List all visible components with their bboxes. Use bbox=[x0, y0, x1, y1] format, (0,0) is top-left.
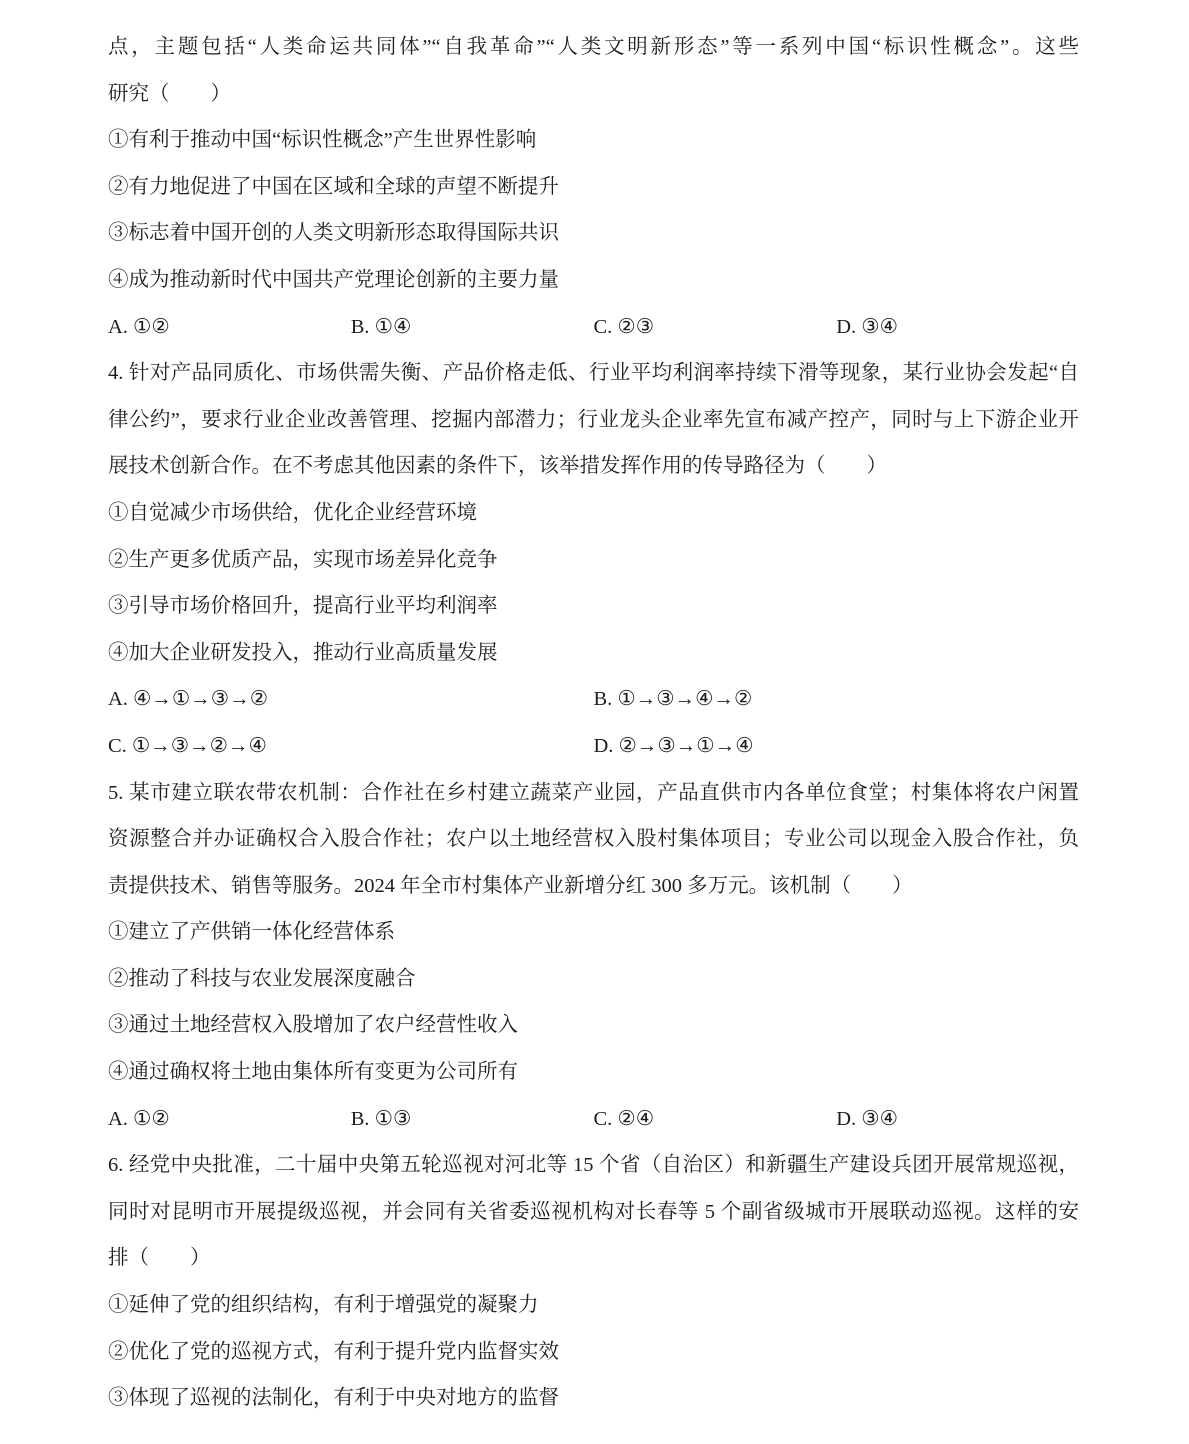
q4-option-2: ②生产更多优质产品，实现市场差异化竞争 bbox=[108, 537, 1079, 584]
q4-option-3: ③引导市场价格回升，提高行业平均利润率 bbox=[108, 583, 1079, 630]
q3-answer-c: C. ②③ bbox=[594, 304, 837, 351]
q4-answer-a: A. ④→①→③→② bbox=[108, 676, 594, 723]
q5-answer-a: A. ①② bbox=[108, 1096, 351, 1143]
q5-stem-line-3: 责提供技术、销售等服务。2024 年全市村集体产业新增分红 300 多万元。该机… bbox=[108, 863, 1079, 910]
exam-page: 点，主题包括“人类命运共同体”“自我革命”“人类文明新形态”等一系列中国“标识性… bbox=[0, 0, 1189, 1444]
q5-stem-line-1: 5. 某市建立联农带农机制：合作社在乡村建立蔬菜产业园，产品直供市内各单位食堂；… bbox=[108, 770, 1079, 817]
q4-option-1: ①自觉减少市场供给，优化企业经营环境 bbox=[108, 490, 1079, 537]
q5-stem-line-2: 资源整合并办证确权合入股合作社；农户以土地经营权入股村集体项目；专业公司以现金入… bbox=[108, 816, 1079, 863]
q6-stem-line-3: 排（ ） bbox=[108, 1235, 1079, 1282]
q4-answer-d: D. ②→③→①→④ bbox=[594, 723, 1080, 770]
q4-answer-b: B. ①→③→④→② bbox=[594, 676, 1080, 723]
q5-answer-row: A. ①② B. ①③ C. ②④ D. ③④ bbox=[108, 1096, 1079, 1143]
q6-stem-line-2: 同时对昆明市开展提级巡视，并会同有关省委巡视机构对长春等 5 个副省级城市开展联… bbox=[108, 1189, 1079, 1236]
q4-answer-c: C. ①→③→②→④ bbox=[108, 723, 594, 770]
q6-stem-line-1: 6. 经党中央批准，二十届中央第五轮巡视对河北等 15 个省（自治区）和新疆生产… bbox=[108, 1142, 1079, 1189]
q4-answer-row-1: A. ④→①→③→② B. ①→③→④→② bbox=[108, 676, 1079, 723]
q4-stem-line-2: 律公约”，要求行业企业改善管理、挖掘内部潜力；行业龙头企业率先宣布减产控产，同时… bbox=[108, 397, 1079, 444]
q3-answer-b: B. ①④ bbox=[351, 304, 594, 351]
q5-option-2: ②推动了科技与农业发展深度融合 bbox=[108, 956, 1079, 1003]
q6-option-3: ③体现了巡视的法制化，有利于中央对地方的监督 bbox=[108, 1375, 1079, 1422]
q3-option-2: ②有力地促进了中国在区域和全球的声望不断提升 bbox=[108, 164, 1079, 211]
q3-answer-a: A. ①② bbox=[108, 304, 351, 351]
q5-option-1: ①建立了产供销一体化经营体系 bbox=[108, 909, 1079, 956]
q3-answer-d: D. ③④ bbox=[836, 304, 1079, 351]
q5-option-3: ③通过土地经营权入股增加了农户经营性收入 bbox=[108, 1002, 1079, 1049]
q4-answer-row-2: C. ①→③→②→④ D. ②→③→①→④ bbox=[108, 723, 1079, 770]
q4-option-4: ④加大企业研发投入，推动行业高质量发展 bbox=[108, 630, 1079, 677]
q3-stem-line-1: 点，主题包括“人类命运共同体”“自我革命”“人类文明新形态”等一系列中国“标识性… bbox=[108, 24, 1079, 71]
q3-option-4: ④成为推动新时代中国共产党理论创新的主要力量 bbox=[108, 257, 1079, 304]
q4-stem-line-3: 展技术创新合作。在不考虑其他因素的条件下，该举措发挥作用的传导路径为（ ） bbox=[108, 443, 1079, 490]
q3-stem-line-2: 研究（ ） bbox=[108, 71, 1079, 118]
q5-option-4: ④通过确权将土地由集体所有变更为公司所有 bbox=[108, 1049, 1079, 1096]
q3-option-1: ①有利于推动中国“标识性概念”产生世界性影响 bbox=[108, 117, 1079, 164]
q6-option-1: ①延伸了党的组织结构，有利于增强党的凝聚力 bbox=[108, 1282, 1079, 1329]
q5-answer-c: C. ②④ bbox=[594, 1096, 837, 1143]
q5-answer-d: D. ③④ bbox=[836, 1096, 1079, 1143]
q3-answer-row: A. ①② B. ①④ C. ②③ D. ③④ bbox=[108, 304, 1079, 351]
q6-option-2: ②优化了党的巡视方式，有利于提升党内监督实效 bbox=[108, 1329, 1079, 1376]
q3-option-3: ③标志着中国开创的人类文明新形态取得国际共识 bbox=[108, 210, 1079, 257]
q5-answer-b: B. ①③ bbox=[351, 1096, 594, 1143]
q4-stem-line-1: 4. 针对产品同质化、市场供需失衡、产品价格走低、行业平均利润率持续下滑等现象，… bbox=[108, 350, 1079, 397]
